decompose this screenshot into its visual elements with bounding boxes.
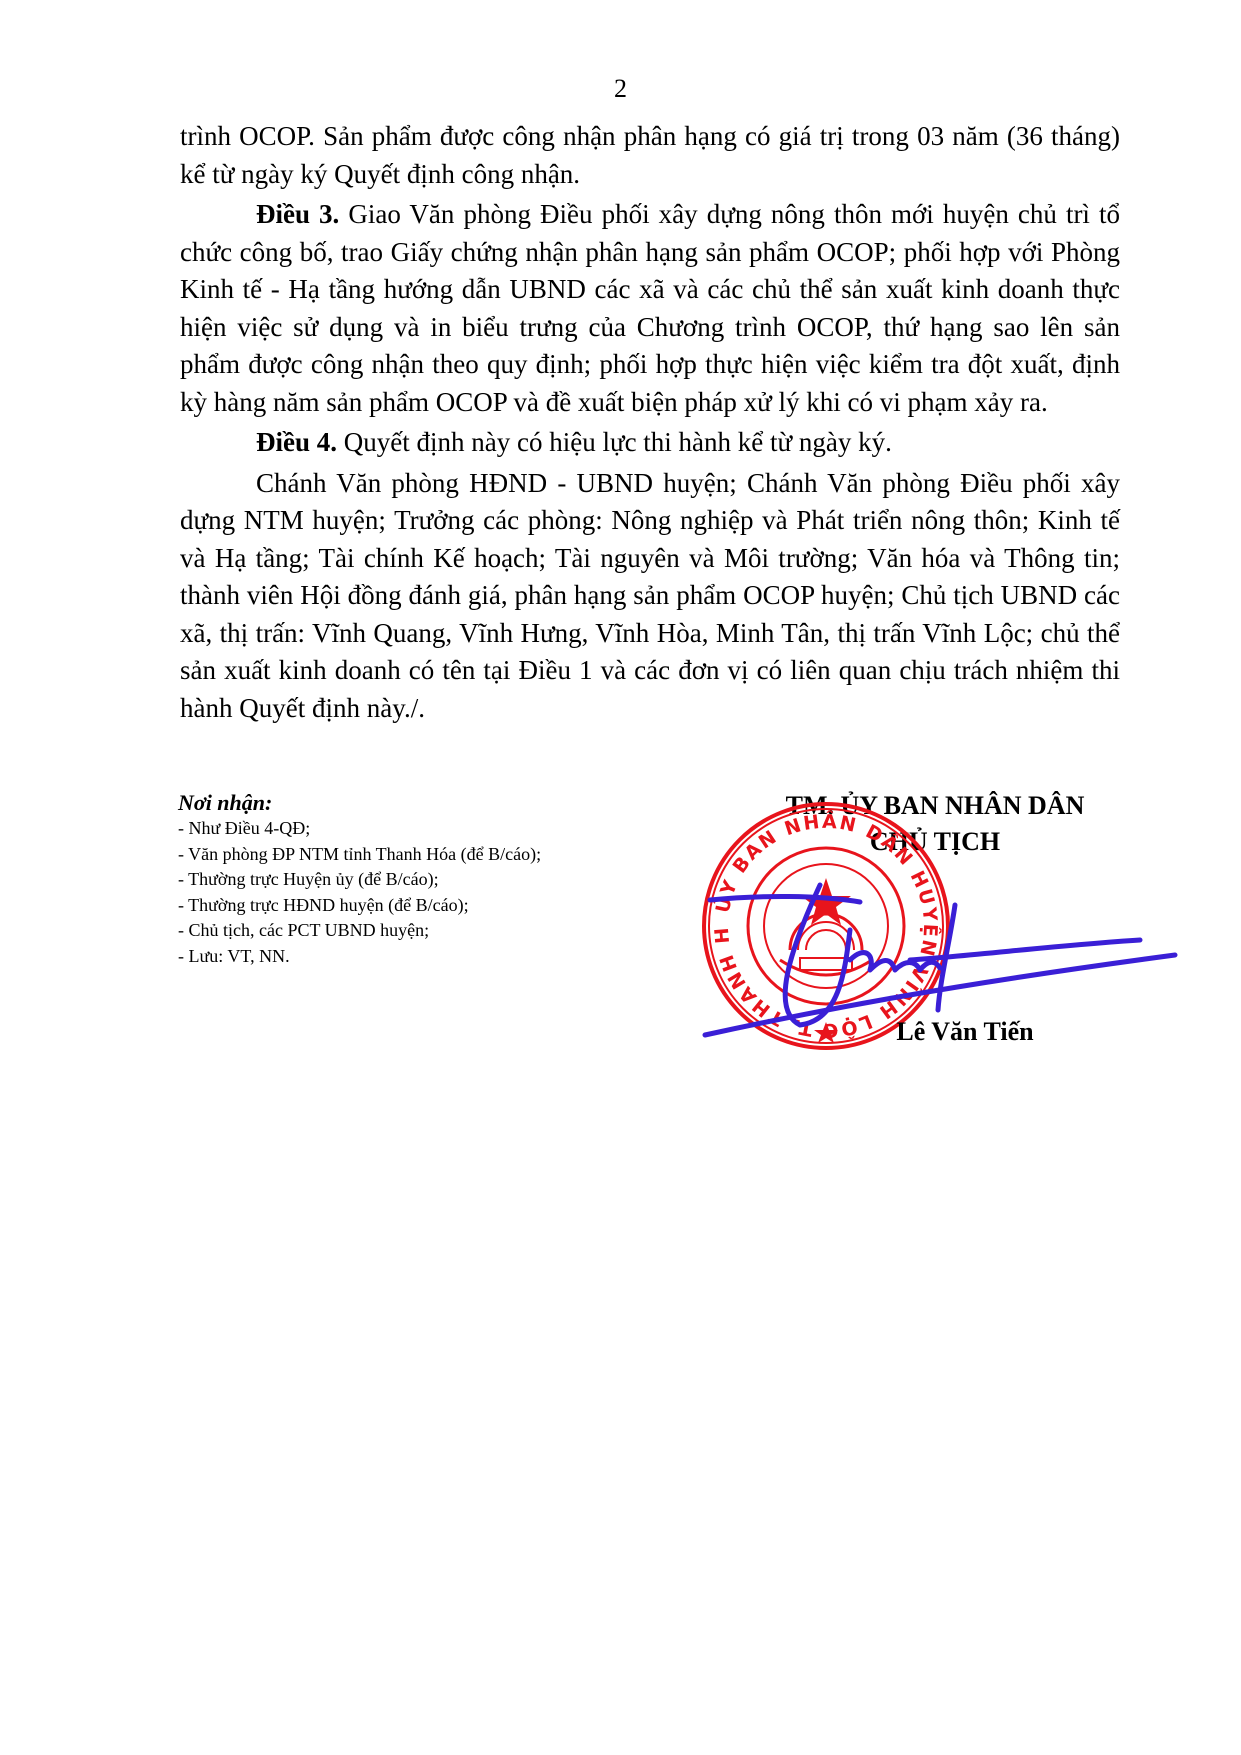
paragraph-continuation: trình OCOP. Sản phẩm được công nhận phân… — [180, 118, 1120, 193]
article-4-label: Điều 4. — [256, 427, 337, 457]
recipient-item: - Lưu: VT, NN. — [178, 944, 648, 970]
recipients-title: Nơi nhận: — [178, 790, 648, 816]
paragraph-responsibilities: Chánh Văn phòng HĐND - UBND huyện; Chánh… — [180, 465, 1120, 728]
document-body: trình OCOP. Sản phẩm được công nhận phân… — [180, 118, 1120, 730]
recipient-item: - Văn phòng ĐP NTM tỉnh Thanh Hóa (để B/… — [178, 842, 648, 868]
recipient-item: - Thường trực HĐND huyện (để B/cáo); — [178, 893, 648, 919]
paragraph-article-3: Điều 3. Giao Văn phòng Điều phối xây dựn… — [180, 196, 1120, 421]
article-4-text: Quyết định này có hiệu lực thi hành kể t… — [337, 427, 892, 457]
signer-name: Lê Văn Tiến — [800, 1017, 1130, 1047]
page-number: 2 — [0, 74, 1241, 104]
paragraph-article-4: Điều 4. Quyết định này có hiệu lực thi h… — [180, 424, 1120, 462]
article-3-label: Điều 3. — [256, 199, 339, 229]
article-3-text: Giao Văn phòng Điều phối xây dựng nông t… — [180, 199, 1120, 417]
recipient-item: - Như Điều 4-QĐ; — [178, 816, 648, 842]
recipient-item: - Chủ tịch, các PCT UBND huyện; — [178, 918, 648, 944]
recipient-item: - Thường trực Huyện ủy (để B/cáo); — [178, 867, 648, 893]
recipients-block: Nơi nhận: - Như Điều 4-QĐ; - Văn phòng Đ… — [178, 790, 648, 969]
